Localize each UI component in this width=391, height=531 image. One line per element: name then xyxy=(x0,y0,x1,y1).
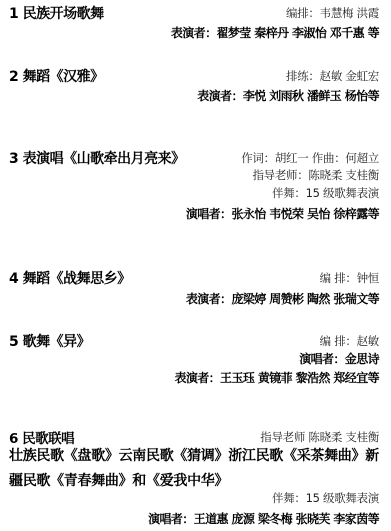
program-item-3-instructors: 指导老师：陈晓柔 支桂衡 xyxy=(252,167,379,183)
program-item-6-singers: 演唱者：王道惠 庞源 梁冬梅 张晓芙 李家茵等 xyxy=(148,510,379,527)
program-item-2-title: 2 舞蹈《汉雅》 xyxy=(9,66,104,86)
program-item-2-rehearsal: 排练：赵敏 金虹宏 xyxy=(286,68,379,84)
program-item-3-singers: 演唱者：张永怡 韦悦荣 吴怡 徐梓露等 xyxy=(186,205,379,222)
program-item-6-accompaniment: 伴舞：15 级歌舞表演 xyxy=(272,490,379,506)
program-item-5-title: 5 歌舞《异》 xyxy=(9,331,90,351)
program-item-5-performers: 表演者：王玉珏 黄镜菲 黎浩然 郑经宜等 xyxy=(174,369,379,386)
program-item-4-title: 4 舞蹈《战舞思乡》 xyxy=(9,268,131,288)
program-item-1-choreography: 编排：韦慧梅 洪霞 xyxy=(286,5,379,21)
program-item-4-performers: 表演者：庞梁婷 周赞彬 陶然 张瑞文等 xyxy=(186,290,379,307)
program-item-1-performers: 表演者：翟梦莹 秦梓丹 李淑怡 邓千惠 等 xyxy=(171,24,379,41)
program-item-3-lyrics-music: 作词：胡红一 作曲：何超立 xyxy=(241,150,379,166)
program-item-1-title: 1 民族开场歌舞 xyxy=(9,3,104,23)
program-item-4-choreography: 编 排：钟恒 xyxy=(320,270,379,286)
program-item-3-accompaniment: 伴舞：15 级歌舞表演 xyxy=(272,185,379,201)
program-item-2-performers: 表演者：李悦 刘雨秋 潘鲜玉 杨怡等 xyxy=(197,87,379,104)
program-item-3-title: 3 表演唱《山歌牵出月亮来》 xyxy=(9,148,185,168)
program-item-5-choreography: 编 排：赵敏 xyxy=(320,333,379,349)
program-item-6-medley-list: 壮族民歌《盘歌》云南民歌《猜调》浙江民歌《采茶舞曲》新疆民歌《青春舞曲》和《爱我… xyxy=(9,444,385,494)
program-item-6-instructors: 指导老师 陈晓柔 支桂衡 xyxy=(260,429,379,445)
program-item-5-singer: 演唱者：金思诗 xyxy=(299,350,379,367)
